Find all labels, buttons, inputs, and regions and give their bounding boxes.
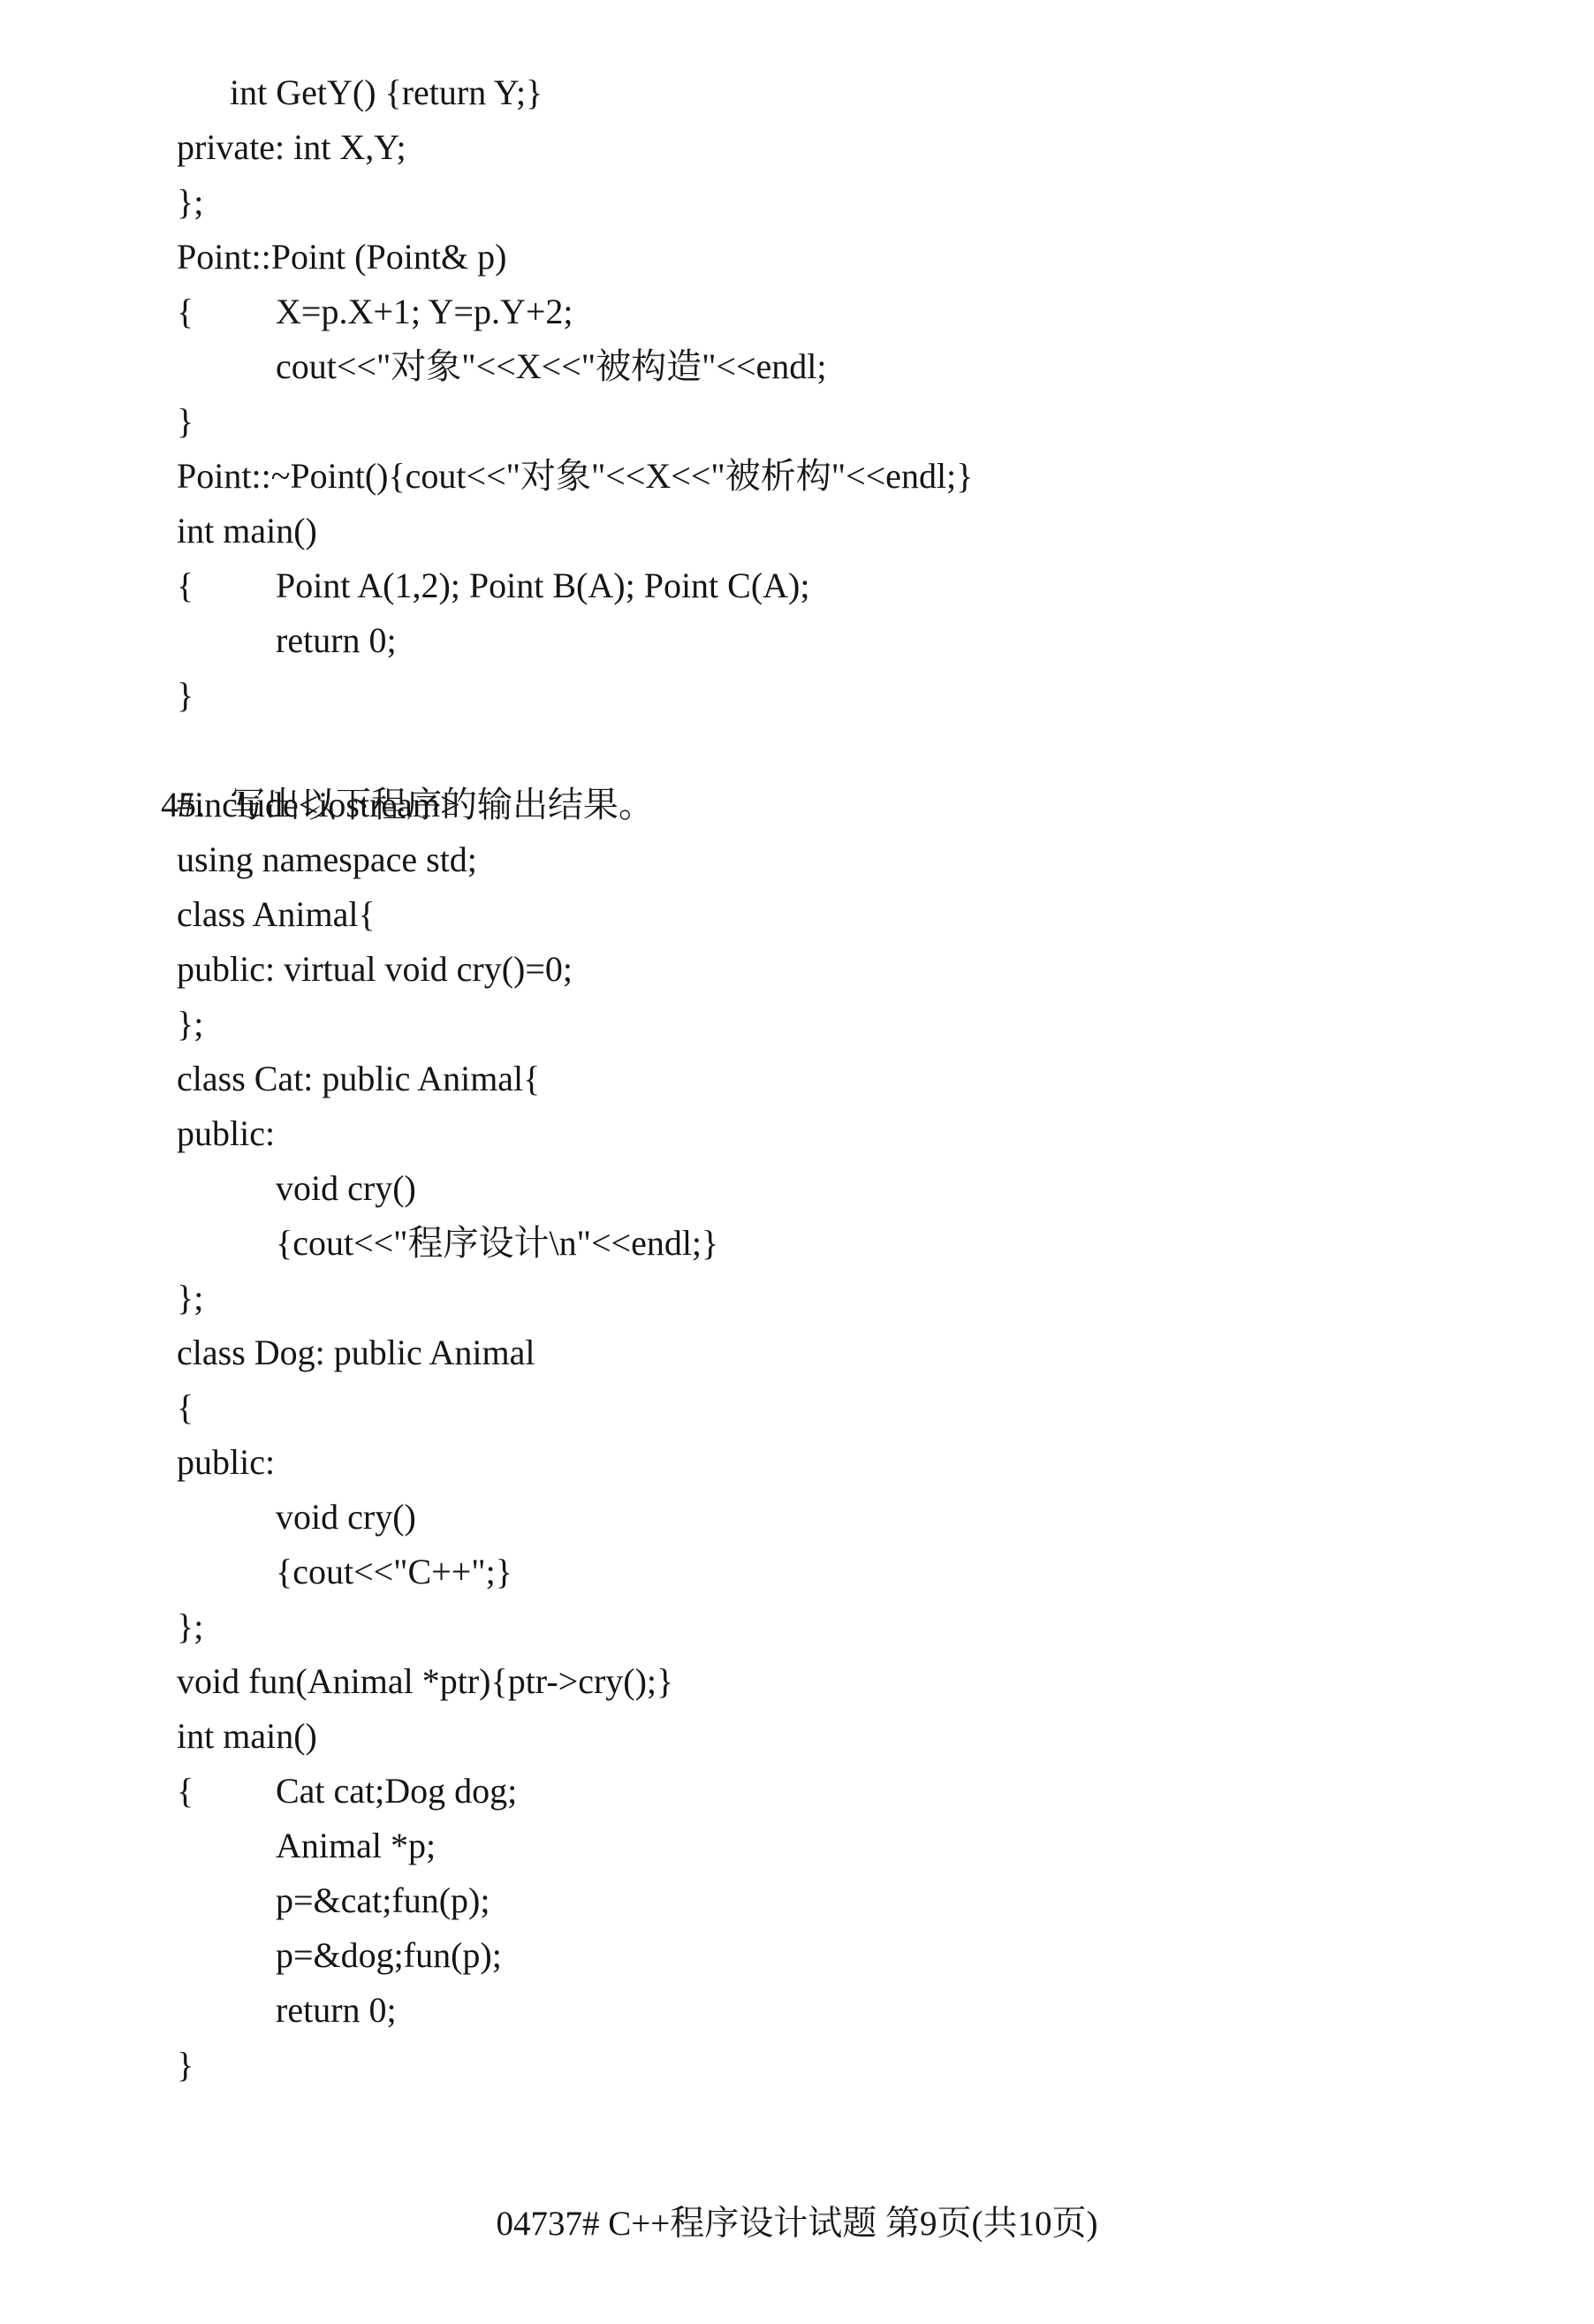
code-line: {cout<<"程序设计\n"<<endl;}	[177, 1216, 973, 1271]
code-line: int main()	[177, 1709, 973, 1764]
code-line: public:	[177, 1106, 973, 1161]
code-line: p=&dog;fun(p);	[177, 1928, 973, 1983]
code-line: };	[177, 997, 973, 1052]
code-line: return 0;	[177, 613, 973, 668]
code-line: Point::~Point(){cout<<"对象"<<X<<"被析构"<<en…	[177, 449, 973, 504]
code-line: void fun(Animal *ptr){ptr->cry();}	[177, 1654, 973, 1709]
code-line: cout<<"对象"<<X<<"被构造"<<endl;	[177, 339, 973, 394]
code-line: {cout<<"C++";}	[177, 1545, 973, 1599]
code-line: class Animal{	[177, 887, 973, 942]
code-line: };	[177, 175, 973, 230]
code-line: public: virtual void cry()=0;	[177, 942, 973, 997]
code-line: public:	[177, 1435, 973, 1490]
exam-page: int GetY() {return Y;} private: int X,Y;…	[0, 0, 1594, 2324]
question-45-header: 45.写出以下程序的输出结果。	[108, 723, 973, 778]
code-section-45: #include<iostream> using namespace std; …	[177, 778, 973, 2092]
code-line: int main()	[177, 504, 973, 558]
code-line: }	[177, 2038, 973, 2092]
code-line: void cry()	[177, 1490, 973, 1545]
code-line: { X=p.X+1; Y=p.Y+2;	[177, 285, 973, 339]
code-line: private: int X,Y;	[177, 120, 973, 175]
code-line: { Point A(1,2); Point B(A); Point C(A);	[177, 558, 973, 613]
code-line: };	[177, 1271, 973, 1325]
code-line: void cry()	[177, 1161, 973, 1216]
code-line: Animal *p;	[177, 1819, 973, 1873]
page-body: int GetY() {return Y;} private: int X,Y;…	[177, 65, 973, 2092]
code-line: class Cat: public Animal{	[177, 1052, 973, 1106]
code-line: return 0;	[177, 1983, 973, 2038]
code-line: p=&cat;fun(p);	[177, 1873, 973, 1928]
code-line: Point::Point (Point& p)	[177, 230, 973, 285]
code-line: };	[177, 1599, 973, 1654]
page-footer: 04737# C++程序设计试题 第9页(共10页)	[0, 2197, 1594, 2252]
code-line: { Cat cat;Dog dog;	[177, 1764, 973, 1819]
code-line: class Dog: public Animal	[177, 1325, 973, 1380]
code-line: int GetY() {return Y;}	[177, 65, 973, 120]
code-section-44: int GetY() {return Y;} private: int X,Y;…	[177, 65, 973, 723]
code-line: }	[177, 668, 973, 723]
code-line: using namespace std;	[177, 832, 973, 887]
code-line: {	[177, 1380, 973, 1435]
code-line: }	[177, 394, 973, 449]
